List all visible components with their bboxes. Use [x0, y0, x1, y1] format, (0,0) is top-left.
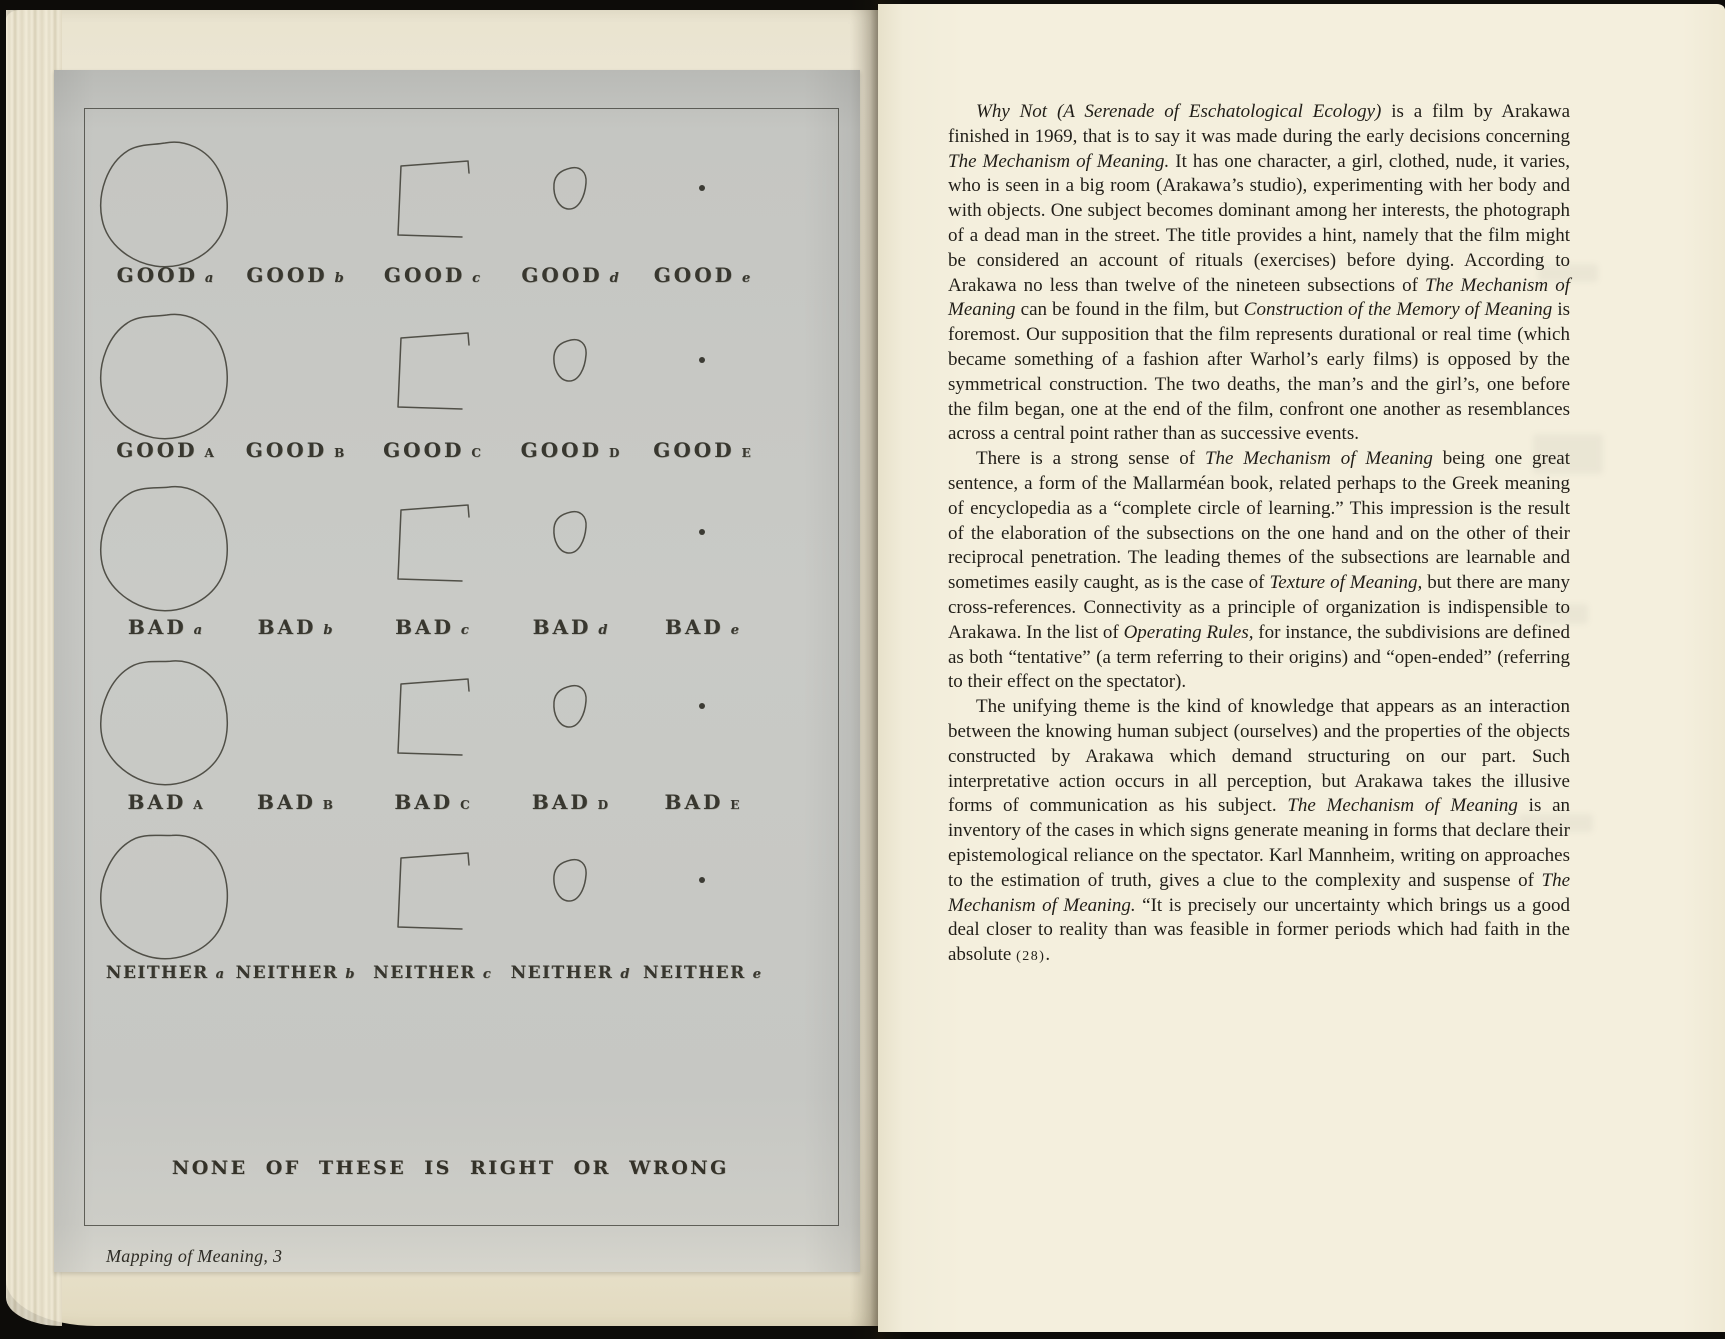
label-word: GOOD	[246, 263, 327, 287]
label-bad-c: BADC	[394, 790, 469, 814]
label-row-1: GOODaGOODbGOODcGOODdGOODe	[85, 263, 838, 293]
large-circle-icon	[90, 651, 241, 797]
shape-row-2	[85, 311, 838, 441]
small-blob-icon	[550, 683, 590, 738]
label-neither-e: NEITHERe	[643, 963, 761, 983]
label-subscript: C	[460, 798, 470, 812]
label-word: NEITHER	[106, 963, 209, 983]
label-word: GOOD	[521, 263, 602, 287]
open-rectangle-icon	[392, 155, 474, 246]
label-bad-a: BADA	[127, 790, 202, 814]
label-subscript: d	[598, 623, 607, 638]
label-subscript: a	[205, 271, 213, 286]
large-circle-icon	[91, 479, 238, 622]
label-bad-d: BADD	[532, 790, 608, 814]
label-subscript: b	[335, 271, 344, 286]
label-good-b: GOODB	[246, 438, 344, 462]
body-text-segment: is foremost. Our supposition that the fi…	[948, 299, 1570, 444]
paragraph-1: Why Not (A Serenade of Eschatological Ec…	[948, 100, 1570, 447]
label-row-2: GOODAGOODBGOODCGOODDGOODE	[85, 438, 838, 468]
label-good-d: GOODd	[521, 263, 618, 287]
label-subscript: e	[753, 967, 761, 982]
label-neither-c: NEITHERc	[373, 963, 491, 983]
label-subscript: A	[193, 798, 202, 812]
label-subscript: b	[345, 967, 354, 982]
shape-row-1	[85, 139, 838, 269]
label-word: BAD	[128, 615, 187, 639]
label-word: GOOD	[246, 438, 327, 462]
dot-mark	[699, 703, 705, 709]
label-subscript: d	[620, 967, 629, 982]
dot-icon	[699, 877, 705, 883]
label-subscript: a	[216, 967, 224, 982]
label-good-e: GOODe	[654, 263, 751, 287]
label-subscript: c	[461, 623, 469, 638]
label-good-a: GOODa	[117, 263, 214, 287]
small-blob-icon	[550, 165, 590, 220]
label-subscript: A	[204, 446, 213, 460]
small-blob-icon	[550, 337, 590, 392]
label-good-d: GOODD	[521, 438, 620, 462]
label-neither-b: NEITHERb	[236, 963, 355, 983]
dot-icon	[699, 185, 705, 191]
label-good-e: GOODE	[653, 438, 750, 462]
label-good-b: GOODb	[246, 263, 343, 287]
label-word: GOOD	[384, 263, 465, 287]
label-bad-b: BADB	[257, 790, 333, 814]
label-word: GOOD	[383, 438, 464, 462]
label-subscript: c	[472, 271, 480, 286]
label-subscript: E	[730, 798, 739, 812]
label-good-c: GOODC	[383, 438, 481, 462]
label-word: GOOD	[117, 263, 198, 287]
dot-icon	[699, 357, 705, 363]
dot-icon	[699, 529, 705, 535]
large-circle-icon	[93, 309, 237, 448]
body-text-segment: can be found in the film, but	[1016, 299, 1244, 320]
label-neither-a: NEITHERa	[106, 963, 224, 983]
paragraph-3: The unifying theme is the kind of knowle…	[948, 695, 1570, 970]
label-bad-b: BADb	[258, 615, 333, 639]
label-subscript: D	[598, 798, 608, 812]
shape-row-5	[85, 831, 838, 961]
label-subscript: e	[742, 271, 750, 286]
label-row-4: BADABADBBADCBADDBADE	[85, 790, 838, 820]
body-text-segment: There is a strong sense of	[976, 448, 1205, 469]
italic-title-text: The Mechanism of Meaning.	[948, 151, 1169, 172]
label-bad-e: BADe	[665, 615, 739, 639]
book-spread: NONE OF THESE IS RIGHT OR WRONG GOODaGOO…	[0, 0, 1725, 1339]
open-rectangle-icon	[392, 327, 474, 418]
label-good-a: GOODA	[116, 438, 214, 462]
large-circle-icon	[95, 139, 235, 274]
label-word: BAD	[532, 790, 591, 814]
label-good-c: GOODc	[384, 263, 480, 287]
paragraph-2: There is a strong sense of The Mechanism…	[948, 447, 1570, 695]
dot-mark	[699, 877, 705, 883]
label-word: BAD	[127, 790, 186, 814]
label-word: BAD	[665, 790, 724, 814]
label-bad-a: BADa	[128, 615, 202, 639]
italic-title-text: Why Not (A Serenade of Eschatological Ec…	[976, 101, 1381, 122]
label-row-3: BADaBADbBADcBADdBADe	[85, 615, 838, 645]
large-circle-icon	[88, 824, 242, 974]
shape-row-4	[85, 657, 838, 787]
label-word: GOOD	[653, 438, 734, 462]
open-rectangle-icon	[392, 847, 474, 938]
open-rectangle-icon	[392, 499, 474, 590]
open-rectangle-icon	[392, 673, 474, 764]
shape-row-3	[85, 483, 838, 613]
label-subscript: c	[483, 967, 491, 982]
label-word: NEITHER	[236, 963, 339, 983]
label-word: BAD	[665, 615, 724, 639]
label-subscript: b	[323, 623, 332, 638]
figure-caption: Mapping of Meaning, 3	[106, 1246, 282, 1267]
label-word: NEITHER	[643, 963, 746, 983]
label-subscript: E	[742, 446, 751, 460]
label-bad-d: BADd	[533, 615, 608, 639]
label-word: GOOD	[116, 438, 197, 462]
artwork-bottom-line: NONE OF THESE IS RIGHT OR WRONG	[172, 1157, 729, 1179]
label-subscript: e	[731, 623, 739, 638]
label-word: BAD	[394, 790, 453, 814]
body-text-segment: .	[1045, 944, 1050, 965]
artwork-frame: NONE OF THESE IS RIGHT OR WRONG GOODaGOO…	[84, 108, 839, 1226]
label-subscript: D	[609, 446, 619, 460]
label-subscript: d	[610, 271, 619, 286]
italic-title-text: Operating Rules,	[1124, 622, 1254, 643]
label-bad-e: BADE	[665, 790, 740, 814]
label-subscript: B	[323, 798, 333, 812]
dot-mark	[699, 529, 705, 535]
dot-mark	[699, 357, 705, 363]
dot-mark	[699, 185, 705, 191]
right-page: Why Not (A Serenade of Eschatological Ec…	[878, 4, 1725, 1332]
label-neither-d: NEITHERd	[511, 963, 630, 983]
label-word: BAD	[533, 615, 592, 639]
small-blob-icon	[550, 857, 590, 912]
italic-title-text: The Mechanism of Meaning	[1205, 448, 1433, 469]
label-bad-c: BADc	[395, 615, 469, 639]
label-word: NEITHER	[373, 963, 476, 983]
label-word: BAD	[258, 615, 317, 639]
label-subscript: C	[471, 446, 481, 460]
citation-number: (28)	[1016, 949, 1045, 964]
label-subscript: a	[194, 623, 202, 638]
label-word: GOOD	[521, 438, 602, 462]
dot-icon	[699, 703, 705, 709]
label-subscript: B	[334, 446, 344, 460]
label-word: BAD	[257, 790, 316, 814]
label-word: GOOD	[654, 263, 735, 287]
body-text: Why Not (A Serenade of Eschatological Ec…	[948, 100, 1570, 970]
label-word: NEITHER	[511, 963, 614, 983]
left-page: NONE OF THESE IS RIGHT OR WRONG GOODaGOO…	[6, 10, 878, 1326]
artwork-photograph: NONE OF THESE IS RIGHT OR WRONG GOODaGOO…	[54, 70, 860, 1272]
italic-title-text: Construction of the Memory of Meaning	[1244, 299, 1552, 320]
small-blob-icon	[550, 509, 590, 564]
italic-title-text: The Mechanism of Meaning	[1287, 795, 1518, 816]
italic-title-text: Texture of Meaning,	[1269, 572, 1422, 593]
label-word: BAD	[395, 615, 454, 639]
label-row-5: NEITHERaNEITHERbNEITHERcNEITHERdNEITHERe	[85, 963, 838, 993]
